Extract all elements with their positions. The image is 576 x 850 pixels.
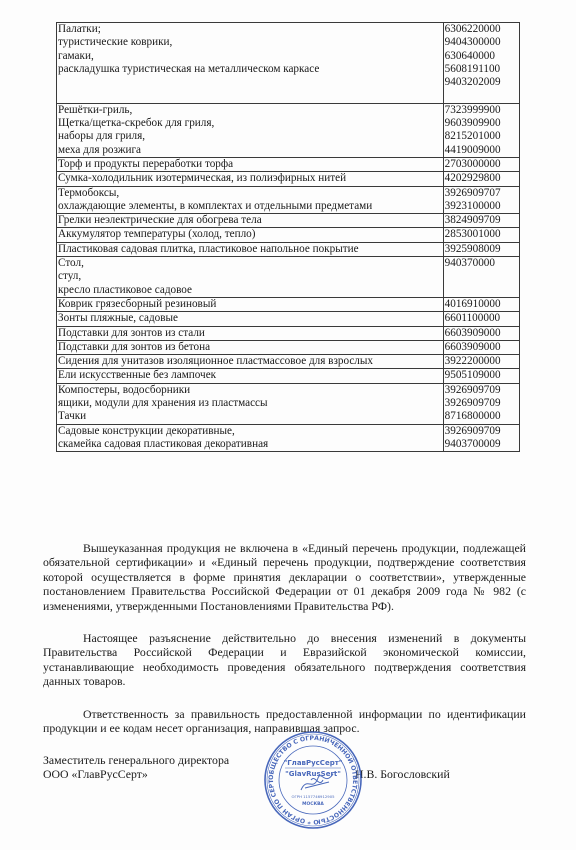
signatory-position: Заместитель генерального директора ООО «… [43,753,229,782]
product-name: Подставки для зонтов из бетона [58,341,443,354]
tnved-code-cell: 3824909709 [443,214,519,228]
tnved-code: 3926909707 [445,187,519,200]
tnved-code: 5608191100 [445,63,519,76]
tnved-code: 3925908009 [445,243,519,256]
table-row: Торф и продукты переработки торфа2703000… [57,157,520,171]
tnved-code: 6601100000 [445,312,519,325]
product-name-cell: Грелки неэлектрические для обогрева тела [57,214,444,228]
tnved-code-cell: 392690970939269097098716800000 [443,383,519,424]
table-row: Сумка-холодильник изотермическая, из пол… [57,172,520,186]
product-name: Подставки для зонтов из стали [58,327,443,340]
tnved-code: 3926909709 [445,397,519,410]
tnved-code: 3926909709 [445,384,519,397]
product-name: стул, [58,270,443,283]
tnved-code: 9603909900 [445,117,519,130]
product-name: Щетка/щетка-скребок для гриля, [58,117,443,130]
tnved-code: 3824909709 [445,214,519,227]
product-name: Аккумулятор температуры (холод, тепло) [58,228,443,241]
product-name-cell: Сумка-холодильник изотермическая, из пол… [57,172,444,186]
product-name: меха для розжига [58,144,443,157]
tnved-code: 8716800000 [445,410,519,423]
tnved-code: 2703000000 [445,158,519,171]
product-name-cell: Ели искусственные без лампочек [57,369,444,383]
tnved-code-cell: 39269097099403700009 [443,424,519,452]
table-row: Палатки;туристические коврики,гамаки,рас… [57,23,520,104]
document-page: Палатки;туристические коврики,гамаки,рас… [0,0,576,850]
table-row: Стол,стул,кресло пластиковое садовое9403… [57,257,520,298]
tnved-code-cell: 2853001000 [443,228,519,242]
table-row: Грелки неэлектрические для обогрева тела… [57,214,520,228]
tnved-code: 9505109000 [445,369,519,382]
product-name-cell: Подставки для зонтов из бетона [57,340,444,354]
tnved-code: 3926909709 [445,425,519,438]
tnved-code: 6306220000 [445,23,519,36]
product-name-cell: Сидения для унитазов изоляционное пластм… [57,355,444,369]
product-name: Тачки [58,410,443,423]
tnved-code: 9403700009 [445,438,519,451]
table-row: Компостеры, водосборникиящики, модули дл… [57,383,520,424]
svg-text:МОСКВА: МОСКВА [302,801,324,807]
product-name: Компостеры, водосборники [58,384,443,397]
tnved-code-cell: 940370000 [443,257,519,298]
product-name-cell: Торф и продукты переработки торфа [57,157,444,171]
product-name: гамаки, [58,50,443,63]
product-name-cell: Решётки-гриль,Щетка/щетка-скребок для гр… [57,103,444,157]
tnved-code: 3923100000 [445,200,519,213]
product-name: Ели искусственные без лампочек [58,369,443,382]
product-name-cell: Палатки;туристические коврики,гамаки,рас… [57,23,444,104]
tnved-code-cell: 4016910000 [443,297,519,311]
tnved-code-cell: 6603909000 [443,340,519,354]
product-name-cell: Подставки для зонтов из стали [57,326,444,340]
svg-text:ОГРН 1157746912905: ОГРН 1157746912905 [291,794,335,799]
product-name: Сумка-холодильник изотермическая, из пол… [58,172,443,185]
tnved-code: 9403202009 [445,76,519,89]
tnved-code-cell: 6601100000 [443,312,519,326]
tnved-code-cell: 39269097073923100000 [443,186,519,214]
tnved-code-cell: 6603909000 [443,326,519,340]
product-name: Садовые конструкции декоративные, [58,425,443,438]
signatory-name: Н.В. Богословский [355,767,450,781]
product-name-cell: Зонты пляжные, садовые [57,312,444,326]
table-row: Коврик грязесборный резиновый4016910000 [57,297,520,311]
table-row: Решётки-гриль,Щетка/щетка-скребок для гр… [57,103,520,157]
table-row: Сидения для унитазов изоляционное пластм… [57,355,520,369]
tnved-code: 630640000 [445,50,519,63]
table-row: Термобоксы,охлаждающие элементы, в компл… [57,186,520,214]
table-row: Зонты пляжные, садовые6601100000 [57,312,520,326]
table-row: Садовые конструкции декоративные,скамейк… [57,424,520,452]
tnved-code-cell: 6306220000940430000063064000056081911009… [443,23,519,104]
tnved-code-cell: 2703000000 [443,157,519,171]
product-name: Палатки; [58,23,443,36]
tnved-code: 3922200000 [445,355,519,368]
tnved-code: 8215201000 [445,130,519,143]
product-name: охлаждающие элементы, в комплектах и отд… [58,200,443,213]
tnved-code-cell: 9505109000 [443,369,519,383]
product-name: раскладушка туристическая на металлическ… [58,63,443,76]
product-name: Стол, [58,257,443,270]
tnved-code: 7323999900 [445,104,519,117]
table-row: Подставки для зонтов из стали6603909000 [57,326,520,340]
product-name-cell: Термобоксы,охлаждающие элементы, в компл… [57,186,444,214]
company-name: ООО «ГлавРусСерт» [43,767,229,781]
product-codes-table: Палатки;туристические коврики,гамаки,рас… [56,22,520,452]
table-row: Ели искусственные без лампочек9505109000 [57,369,520,383]
product-name: Коврик грязесборный резиновый [58,298,443,311]
product-name: Торф и продукты переработки торфа [58,158,443,171]
product-name: наборы для гриля, [58,130,443,143]
tnved-code: 6603909000 [445,327,519,340]
product-name: туристические коврики, [58,36,443,49]
product-name: Термобоксы, [58,187,443,200]
product-name-cell: Стол,стул,кресло пластиковое садовое [57,257,444,298]
product-name: Зонты пляжные, садовые [58,312,443,325]
tnved-code-cell: 3922200000 [443,355,519,369]
tnved-code: 4016910000 [445,298,519,311]
product-name: скамейка садовая пластиковая декоративна… [58,438,443,451]
tnved-code: 2853001000 [445,228,519,241]
product-name: Грелки неэлектрические для обогрева тела [58,214,443,227]
tnved-code: 4419009000 [445,144,519,157]
tnved-code-cell: 7323999900960390990082152010004419009000 [443,103,519,157]
tnved-code-cell: 3925908009 [443,242,519,256]
product-name: Пластиковая садовая плитка, пластиковое … [58,243,443,256]
product-name-cell: Компостеры, водосборникиящики, модули дл… [57,383,444,424]
tnved-code: 4202929800 [445,172,519,185]
table-row: Пластиковая садовая плитка, пластиковое … [57,242,520,256]
tnved-code-cell: 4202929800 [443,172,519,186]
tnved-code: 9404300000 [445,36,519,49]
product-name-cell: Садовые конструкции декоративные,скамейк… [57,424,444,452]
product-name: кресло пластиковое садовое [58,284,443,297]
paragraph-not-included: Вышеуказанная продукция не включена в «Е… [43,541,526,613]
paragraph-text: Настоящее разъяснение действительно до в… [43,631,526,688]
company-seal-stamp: ОБЩЕСТВО С ОГРАНИЧЕННОЙ ОТВЕТСТВЕННОСТЬЮ… [263,730,363,830]
position-title: Заместитель генерального директора [43,753,229,767]
paragraph-text: Вышеуказанная продукция не включена в «Е… [43,541,526,613]
table-row: Подставки для зонтов из бетона6603909000 [57,340,520,354]
product-name-cell: Коврик грязесборный резиновый [57,297,444,311]
product-name: ящики, модули для хранения из пластмассы [58,397,443,410]
table-row: Аккумулятор температуры (холод, тепло)28… [57,228,520,242]
product-name: Решётки-гриль, [58,104,443,117]
product-name-cell: Пластиковая садовая плитка, пластиковое … [57,242,444,256]
tnved-code: 940370000 [445,257,519,270]
product-name-cell: Аккумулятор температуры (холод, тепло) [57,228,444,242]
product-name: Сидения для унитазов изоляционное пластм… [58,355,443,368]
tnved-code: 6603909000 [445,341,519,354]
svg-text:"ГлавРусСерт": "ГлавРусСерт" [284,759,343,767]
paragraph-validity: Настоящее разъяснение действительно до в… [43,631,526,689]
